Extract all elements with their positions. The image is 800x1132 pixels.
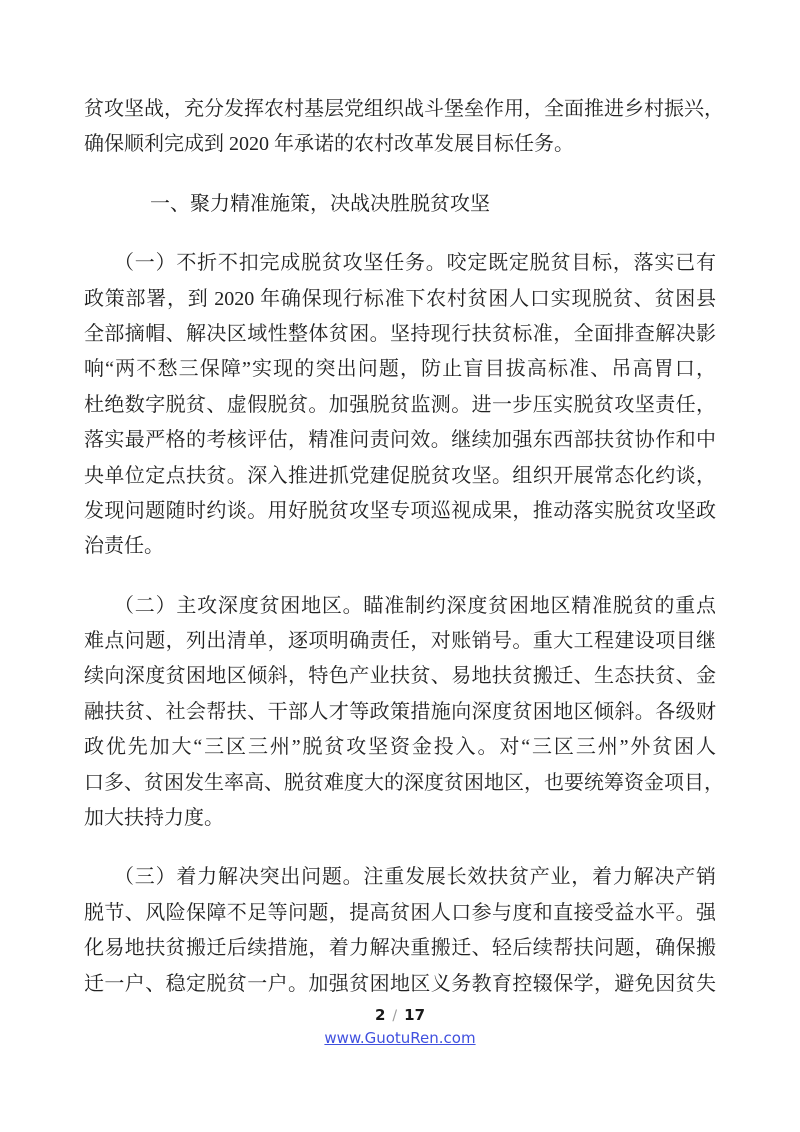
text-line: 治责任。 <box>84 529 716 564</box>
document-page: 贫攻坚战，充分发挥农村基层党组织战斗堡垒作用，全面推进乡村振兴，确保顺利完成到 … <box>0 0 800 1132</box>
text-line: 难点问题，列出清单，逐项明确责任，对账销号。重大工程建设项目继 <box>84 624 716 659</box>
text-line: 迁一户、稳定脱贫一户。加强贫困地区义务教育控辍保学，避免因贫失 <box>84 967 716 1002</box>
para-continuation: 贫攻坚战，充分发挥农村基层党组织战斗堡垒作用，全面推进乡村振兴，确保顺利完成到 … <box>84 92 716 163</box>
text-line: 贫攻坚战，充分发挥农村基层党组织战斗堡垒作用，全面推进乡村振兴， <box>84 92 716 127</box>
text-line: 央单位定点扶贫。深入推进抓党建促脱贫攻坚。组织开展常态化约谈， <box>84 459 716 494</box>
text-line: （二）主攻深度贫困地区。瞄准制约深度贫困地区精准脱贫的重点 <box>84 589 716 624</box>
page-number-separator: / <box>392 1008 397 1024</box>
text-line: 加大扶持力度。 <box>84 801 716 836</box>
page-footer: 2/17 www.GuotuRen.com <box>0 1005 800 1048</box>
text-line: 续向深度贫困地区倾斜，特色产业扶贫、易地扶贫搬迁、生态扶贫、金 <box>84 659 716 694</box>
para-item-1: （一）不折不扣完成脱贫攻坚任务。咬定既定脱贫目标，落实已有政策部署，到 2020… <box>84 246 716 565</box>
text-line: 落实最严格的考核评估，精准问责问效。继续加强东西部扶贫协作和中 <box>84 423 716 458</box>
page-number-total: 17 <box>404 1006 425 1024</box>
section-heading-1: 一、聚力精准施策，决战决胜脱贫攻坚 <box>84 187 716 222</box>
text-line: （一）不折不扣完成脱贫攻坚任务。咬定既定脱贫目标，落实已有 <box>84 246 716 281</box>
text-line: 化易地扶贫搬迁后续措施，着力解决重搬迁、轻后续帮扶问题，确保搬 <box>84 931 716 966</box>
text-line: 政优先加大“三区三州”脱贫攻坚资金投入。对“三区三州”外贫困人 <box>84 730 716 765</box>
text-line: 口多、贫困发生率高、脱贫难度大的深度贫困地区，也要统筹资金项目， <box>84 766 716 801</box>
para-item-2: （二）主攻深度贫困地区。瞄准制约深度贫困地区精准脱贫的重点难点问题，列出清单，逐… <box>84 589 716 837</box>
text-line: （三）着力解决突出问题。注重发展长效扶贫产业，着力解决产销 <box>84 860 716 895</box>
para-item-3: （三）着力解决突出问题。注重发展长效扶贫产业，着力解决产销脱节、风险保障不足等问… <box>84 860 716 1002</box>
text-line: 响“两不愁三保障”实现的突出问题，防止盲目拔高标准、吊高胃口， <box>84 352 716 387</box>
text-line: 一、聚力精准施策，决战决胜脱贫攻坚 <box>84 187 716 222</box>
text-line: 发现问题随时约谈。用好脱贫攻坚专项巡视成果，推动落实脱贫攻坚政 <box>84 494 716 529</box>
website-link[interactable]: www.GuotuRen.com <box>324 1029 475 1047</box>
text-line: 确保顺利完成到 2020 年承诺的农村改革发展目标任务。 <box>84 127 716 162</box>
text-line: 融扶贫、社会帮扶、干部人才等政策措施向深度贫困地区倾斜。各级财 <box>84 695 716 730</box>
text-line: 政策部署，到 2020 年确保现行标准下农村贫困人口实现脱贫、贫困县 <box>84 282 716 317</box>
document-body: 贫攻坚战，充分发挥农村基层党组织战斗堡垒作用，全面推进乡村振兴，确保顺利完成到 … <box>84 92 716 1002</box>
page-number: 2/17 <box>0 1005 800 1026</box>
text-line: 杜绝数字脱贫、虚假脱贫。加强脱贫监测。进一步压实脱贫攻坚责任， <box>84 388 716 423</box>
website-link-row: www.GuotuRen.com <box>0 1027 800 1048</box>
page-number-current: 2 <box>375 1006 385 1024</box>
text-line: 脱节、风险保障不足等问题，提高贫困人口参与度和直接受益水平。强 <box>84 896 716 931</box>
text-line: 全部摘帽、解决区域性整体贫困。坚持现行扶贫标准，全面排查解决影 <box>84 317 716 352</box>
